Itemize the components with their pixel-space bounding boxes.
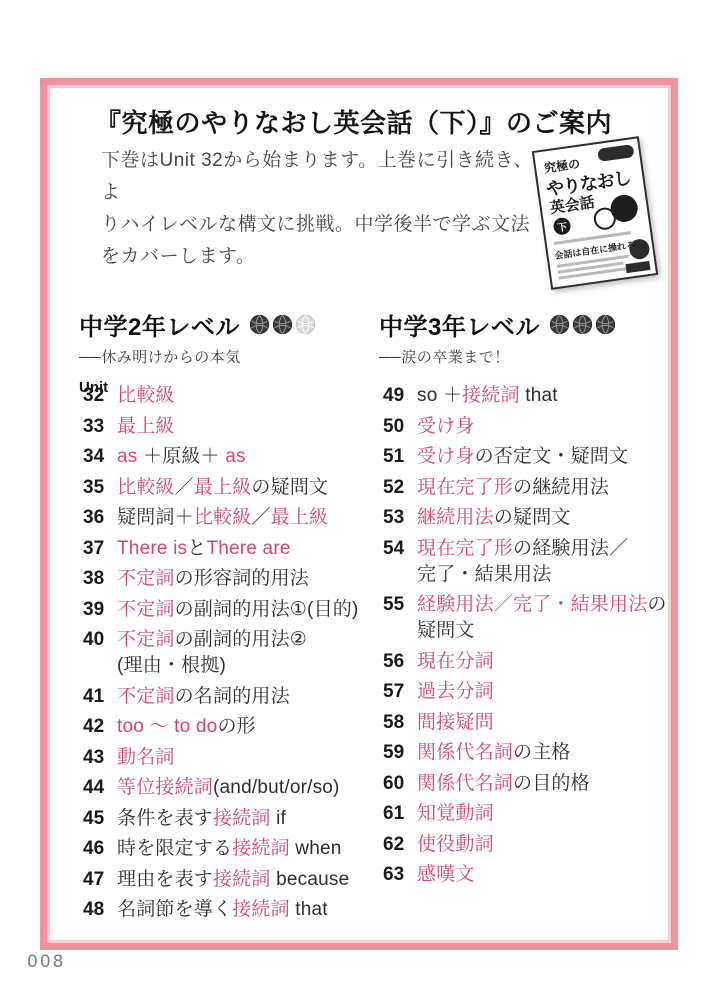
unit-row: 51受け身の否定文・疑問文 (383, 446, 683, 467)
unit-row: 32比較級 (83, 385, 383, 406)
title-text: の継続用法 (513, 477, 609, 498)
unit-title: 疑問詞＋比較級／最上級 (117, 507, 328, 528)
unit-title-second-line: (理由・根拠) (117, 655, 307, 676)
unit-title: 継続用法の疑問文 (417, 507, 571, 528)
grammar-keyword: 比較級 (194, 507, 252, 528)
grammar-keyword: 受け身 (417, 446, 475, 467)
unit-row: 35比較級／最上級の疑問文 (83, 477, 383, 498)
title-text: if (271, 808, 286, 829)
grammar-keyword: 間接疑問 (417, 712, 494, 733)
title-text: 理由を表す (117, 869, 213, 890)
level-subtitle: ──涙の卒業まで！ (379, 346, 679, 367)
intro-line: をカバーします。 (101, 241, 551, 273)
unit-number: 32 (83, 385, 117, 406)
title-text: の目的格 (513, 773, 590, 794)
grammar-keyword: 関係代名詞 (417, 773, 513, 794)
title-text: that (290, 899, 328, 920)
unit-row: 58間接疑問 (383, 712, 683, 733)
cover-round-badge (628, 238, 651, 261)
unit-title: so ＋接続詞 that (417, 385, 558, 406)
level-subtitle: ──休み明けからの本気 (79, 346, 379, 367)
ball-icon (295, 314, 316, 335)
grammar-keyword: as (117, 446, 143, 467)
unit-number: 62 (383, 834, 417, 855)
difficulty-balls (249, 314, 316, 335)
unit-row: 47理由を表す接続詞 because (83, 869, 383, 890)
unit-row: 62使役動詞 (383, 834, 683, 855)
grammar-keyword: 接続詞 (213, 808, 271, 829)
unit-list-grade3: 49so ＋接続詞 that50受け身51受け身の否定文・疑問文52現在完了形の… (383, 385, 683, 895)
unit-title: 受け身の否定文・疑問文 (417, 446, 628, 467)
unit-row: 40不定詞の副詞的用法②(理由・根拠) (83, 629, 383, 676)
unit-title-second-line: 疑問文 (417, 620, 667, 641)
title-text: because (271, 869, 350, 890)
unit-title: 使役動詞 (417, 834, 494, 855)
unit-number: 38 (83, 568, 117, 589)
grammar-keyword: 現在完了形 (417, 538, 513, 559)
grammar-keyword: 接続詞 (213, 869, 271, 890)
grammar-keyword: 受け身 (417, 416, 475, 437)
grammar-keyword: too ～ to do (117, 716, 217, 737)
title-text: の経験用法／ (513, 538, 628, 559)
unit-number: 61 (383, 803, 417, 824)
grammar-keyword: 最上級 (194, 477, 252, 498)
unit-title: 関係代名詞の目的格 (417, 773, 590, 794)
unit-title: 不定詞の副詞的用法②(理由・根拠) (117, 629, 307, 676)
unit-title: 比較級 (117, 385, 175, 406)
ball-icon (249, 314, 270, 335)
cover-corner-badge (597, 144, 634, 162)
unit-title-second-line: 完了・結果用法 (417, 564, 628, 585)
unit-title: 不定詞の形容詞的用法 (117, 568, 309, 589)
unit-number: 55 (383, 594, 417, 615)
unit-row: 54現在完了形の経験用法／完了・結果用法 (383, 538, 683, 585)
grammar-keyword: 知覚動詞 (417, 803, 494, 824)
title-text: の (647, 594, 666, 615)
title-text: の副詞的用法② (175, 629, 307, 650)
unit-row: 61知覚動詞 (383, 803, 683, 824)
pink-page-frame: 『究極のやりなおし英会話（下）』のご案内 下巻はUnit 32から始まります。上… (40, 78, 678, 950)
unit-row: 43動名詞 (83, 747, 383, 768)
unit-title: 経験用法／完了・結果用法の疑問文 (417, 594, 667, 641)
unit-row: 48名詞節を導く接続詞 that (83, 899, 383, 920)
unit-number: 40 (83, 629, 117, 650)
ball-icon (549, 314, 570, 335)
difficulty-balls (549, 314, 616, 335)
unit-title: 条件を表す接続詞 if (117, 808, 286, 829)
grammar-keyword: 感嘆文 (417, 864, 475, 885)
unit-number: 56 (383, 651, 417, 672)
ball-icon (572, 314, 593, 335)
title-text: 条件を表す (117, 808, 213, 829)
title-text: ／ (175, 477, 194, 498)
grammar-keyword: 使役動詞 (417, 834, 494, 855)
unit-title: There isとThere are (117, 538, 291, 559)
level-heading: 中学3年レベル (379, 307, 540, 342)
unit-list-grade2: 32比較級33最上級34as ＋原級＋ as35比較級／最上級の疑問文36疑問詞… (83, 385, 383, 930)
title-text: の副詞的用法①(目的) (175, 599, 359, 620)
unit-row: 34as ＋原級＋ as (83, 446, 383, 467)
unit-title: 時を限定する接続詞 when (117, 838, 342, 859)
unit-row: 63感嘆文 (383, 864, 683, 885)
unit-title: 現在分詞 (417, 651, 494, 672)
unit-row: 38不定詞の形容詞的用法 (83, 568, 383, 589)
grammar-keyword: 接続詞 (232, 838, 290, 859)
unit-title: 理由を表す接続詞 because (117, 869, 349, 890)
unit-row: 44等位接続詞(and/but/or/so) (83, 777, 383, 798)
title-text: ＋原級＋ (143, 446, 220, 467)
unit-number: 37 (83, 538, 117, 559)
unit-number: 35 (83, 477, 117, 498)
title-text: that (520, 385, 558, 406)
title-text: (and/but/or/so) (213, 777, 340, 798)
book-guide-page: { "colors": { "accent": "#d24672", "fram… (0, 0, 720, 1000)
title-text: の形 (217, 716, 255, 737)
grammar-keyword: 等位接続詞 (117, 777, 213, 798)
unit-number: 49 (383, 385, 417, 406)
level-heading: 中学2年レベル (79, 307, 240, 342)
cover-volume-badge: 下 (552, 217, 571, 236)
grammar-keyword: 接続詞 (232, 899, 290, 920)
level-header-grade2: 中学2年レベル ──休み明けからの本気 Unit (79, 307, 379, 396)
unit-number: 59 (383, 742, 417, 763)
unit-number: 45 (83, 808, 117, 829)
unit-number: 36 (83, 507, 117, 528)
unit-row: 49so ＋接続詞 that (383, 385, 683, 406)
unit-row: 46時を限定する接続詞 when (83, 838, 383, 859)
unit-title: 受け身 (417, 416, 475, 437)
intro-paragraph: 下巻はUnit 32から始まります。上巻に引き続き、よりハイレベルな構文に挑戦。… (101, 145, 551, 273)
unit-row: 53継続用法の疑問文 (383, 507, 683, 528)
unit-number: 52 (383, 477, 417, 498)
unit-row: 42too ～ to doの形 (83, 716, 383, 737)
unit-title: 比較級／最上級の疑問文 (117, 477, 328, 498)
grammar-keyword: There are (206, 538, 290, 559)
unit-number: 58 (383, 712, 417, 733)
grammar-keyword: 経験用法／完了・結果用法 (417, 594, 647, 615)
unit-title: 知覚動詞 (417, 803, 494, 824)
unit-title: 不定詞の副詞的用法①(目的) (117, 599, 359, 620)
grammar-keyword: 最上級 (117, 416, 175, 437)
title-text: so ＋ (417, 385, 462, 406)
unit-title: 最上級 (117, 416, 175, 437)
unit-number: 60 (383, 773, 417, 794)
page-title: 『究極のやりなおし英会話（下）』のご案内 (95, 103, 612, 140)
title-text: の疑問文 (494, 507, 571, 528)
unit-number: 54 (383, 538, 417, 559)
unit-number: 51 (383, 446, 417, 467)
title-text: の名詞的用法 (175, 686, 290, 707)
unit-row: 45条件を表す接続詞 if (83, 808, 383, 829)
unit-number: 48 (83, 899, 117, 920)
unit-number: 34 (83, 446, 117, 467)
unit-title: as ＋原級＋ as (117, 446, 246, 467)
title-text: の否定文・疑問文 (475, 446, 629, 467)
unit-number: 44 (83, 777, 117, 798)
title-text: の主格 (513, 742, 571, 763)
unit-row: 57過去分詞 (383, 681, 683, 702)
unit-number: 57 (383, 681, 417, 702)
publisher-logo (625, 261, 650, 273)
unit-number: 41 (83, 686, 117, 707)
unit-row: 39不定詞の副詞的用法①(目的) (83, 599, 383, 620)
title-text: ／ (251, 507, 270, 528)
title-text: と (187, 538, 206, 559)
unit-title: 名詞節を導く接続詞 that (117, 899, 328, 920)
unit-row: 33最上級 (83, 416, 383, 437)
grammar-keyword: 動名詞 (117, 747, 175, 768)
grammar-keyword: 現在完了形 (417, 477, 513, 498)
unit-row: 36疑問詞＋比較級／最上級 (83, 507, 383, 528)
book-cover-thumbnail: 究極の やりなおし 英会話 下 会話は自在に操れる！ (532, 136, 658, 290)
grammar-keyword: 不定詞 (117, 686, 175, 707)
unit-number: 63 (383, 864, 417, 885)
grammar-keyword: There is (117, 538, 187, 559)
title-text: 時を限定する (117, 838, 232, 859)
grammar-keyword: 不定詞 (117, 568, 175, 589)
unit-number: 42 (83, 716, 117, 737)
ball-icon (272, 314, 293, 335)
grammar-keyword: as (220, 446, 246, 467)
unit-number: 47 (83, 869, 117, 890)
title-text: の疑問文 (251, 477, 328, 498)
unit-title: too ～ to doの形 (117, 716, 256, 737)
unit-title: 現在完了形の継続用法 (417, 477, 609, 498)
unit-row: 59関係代名詞の主格 (383, 742, 683, 763)
title-text: when (290, 838, 342, 859)
intro-line: 下巻はUnit 32から始まります。上巻に引き続き、よ (101, 145, 551, 209)
unit-number: 39 (83, 599, 117, 620)
unit-title: 過去分詞 (417, 681, 494, 702)
grammar-keyword: 最上級 (271, 507, 329, 528)
grammar-keyword: 関係代名詞 (417, 742, 513, 763)
ball-icon (595, 314, 616, 335)
unit-title: 感嘆文 (417, 864, 475, 885)
unit-title: 動名詞 (117, 747, 175, 768)
unit-number: 33 (83, 416, 117, 437)
grammar-keyword: 不定詞 (117, 599, 175, 620)
grammar-keyword: 継続用法 (417, 507, 494, 528)
unit-title: 等位接続詞(and/but/or/so) (117, 777, 340, 798)
page-content: 『究極のやりなおし英会話（下）』のご案内 下巻はUnit 32から始まります。上… (47, 85, 671, 943)
unit-number: 53 (383, 507, 417, 528)
unit-row: 56現在分詞 (383, 651, 683, 672)
grammar-keyword: 不定詞 (117, 629, 175, 650)
unit-title: 不定詞の名詞的用法 (117, 686, 290, 707)
unit-title: 関係代名詞の主格 (417, 742, 571, 763)
unit-title: 間接疑問 (417, 712, 494, 733)
grammar-keyword: 過去分詞 (417, 681, 494, 702)
title-text: 疑問詞＋ (117, 507, 194, 528)
unit-row: 50受け身 (383, 416, 683, 437)
unit-row: 60関係代名詞の目的格 (383, 773, 683, 794)
unit-row: 55経験用法／完了・結果用法の疑問文 (383, 594, 683, 641)
title-text: 名詞節を導く (117, 899, 232, 920)
title-text: の形容詞的用法 (175, 568, 309, 589)
unit-title: 現在完了形の経験用法／完了・結果用法 (417, 538, 628, 585)
unit-row: 52現在完了形の継続用法 (383, 477, 683, 498)
unit-row: 37There isとThere are (83, 538, 383, 559)
page-number: 008 (27, 952, 65, 972)
unit-number: 50 (383, 416, 417, 437)
unit-number: 46 (83, 838, 117, 859)
grammar-keyword: 比較級 (117, 385, 175, 406)
unit-number: 43 (83, 747, 117, 768)
grammar-keyword: 接続詞 (462, 385, 520, 406)
grammar-keyword: 現在分詞 (417, 651, 494, 672)
level-header-grade3: 中学3年レベル ──涙の卒業まで！ (379, 307, 679, 367)
grammar-keyword: 比較級 (117, 477, 175, 498)
unit-row: 41不定詞の名詞的用法 (83, 686, 383, 707)
intro-line: りハイレベルな構文に挑戦。中学後半で学ぶ文法 (101, 209, 551, 241)
